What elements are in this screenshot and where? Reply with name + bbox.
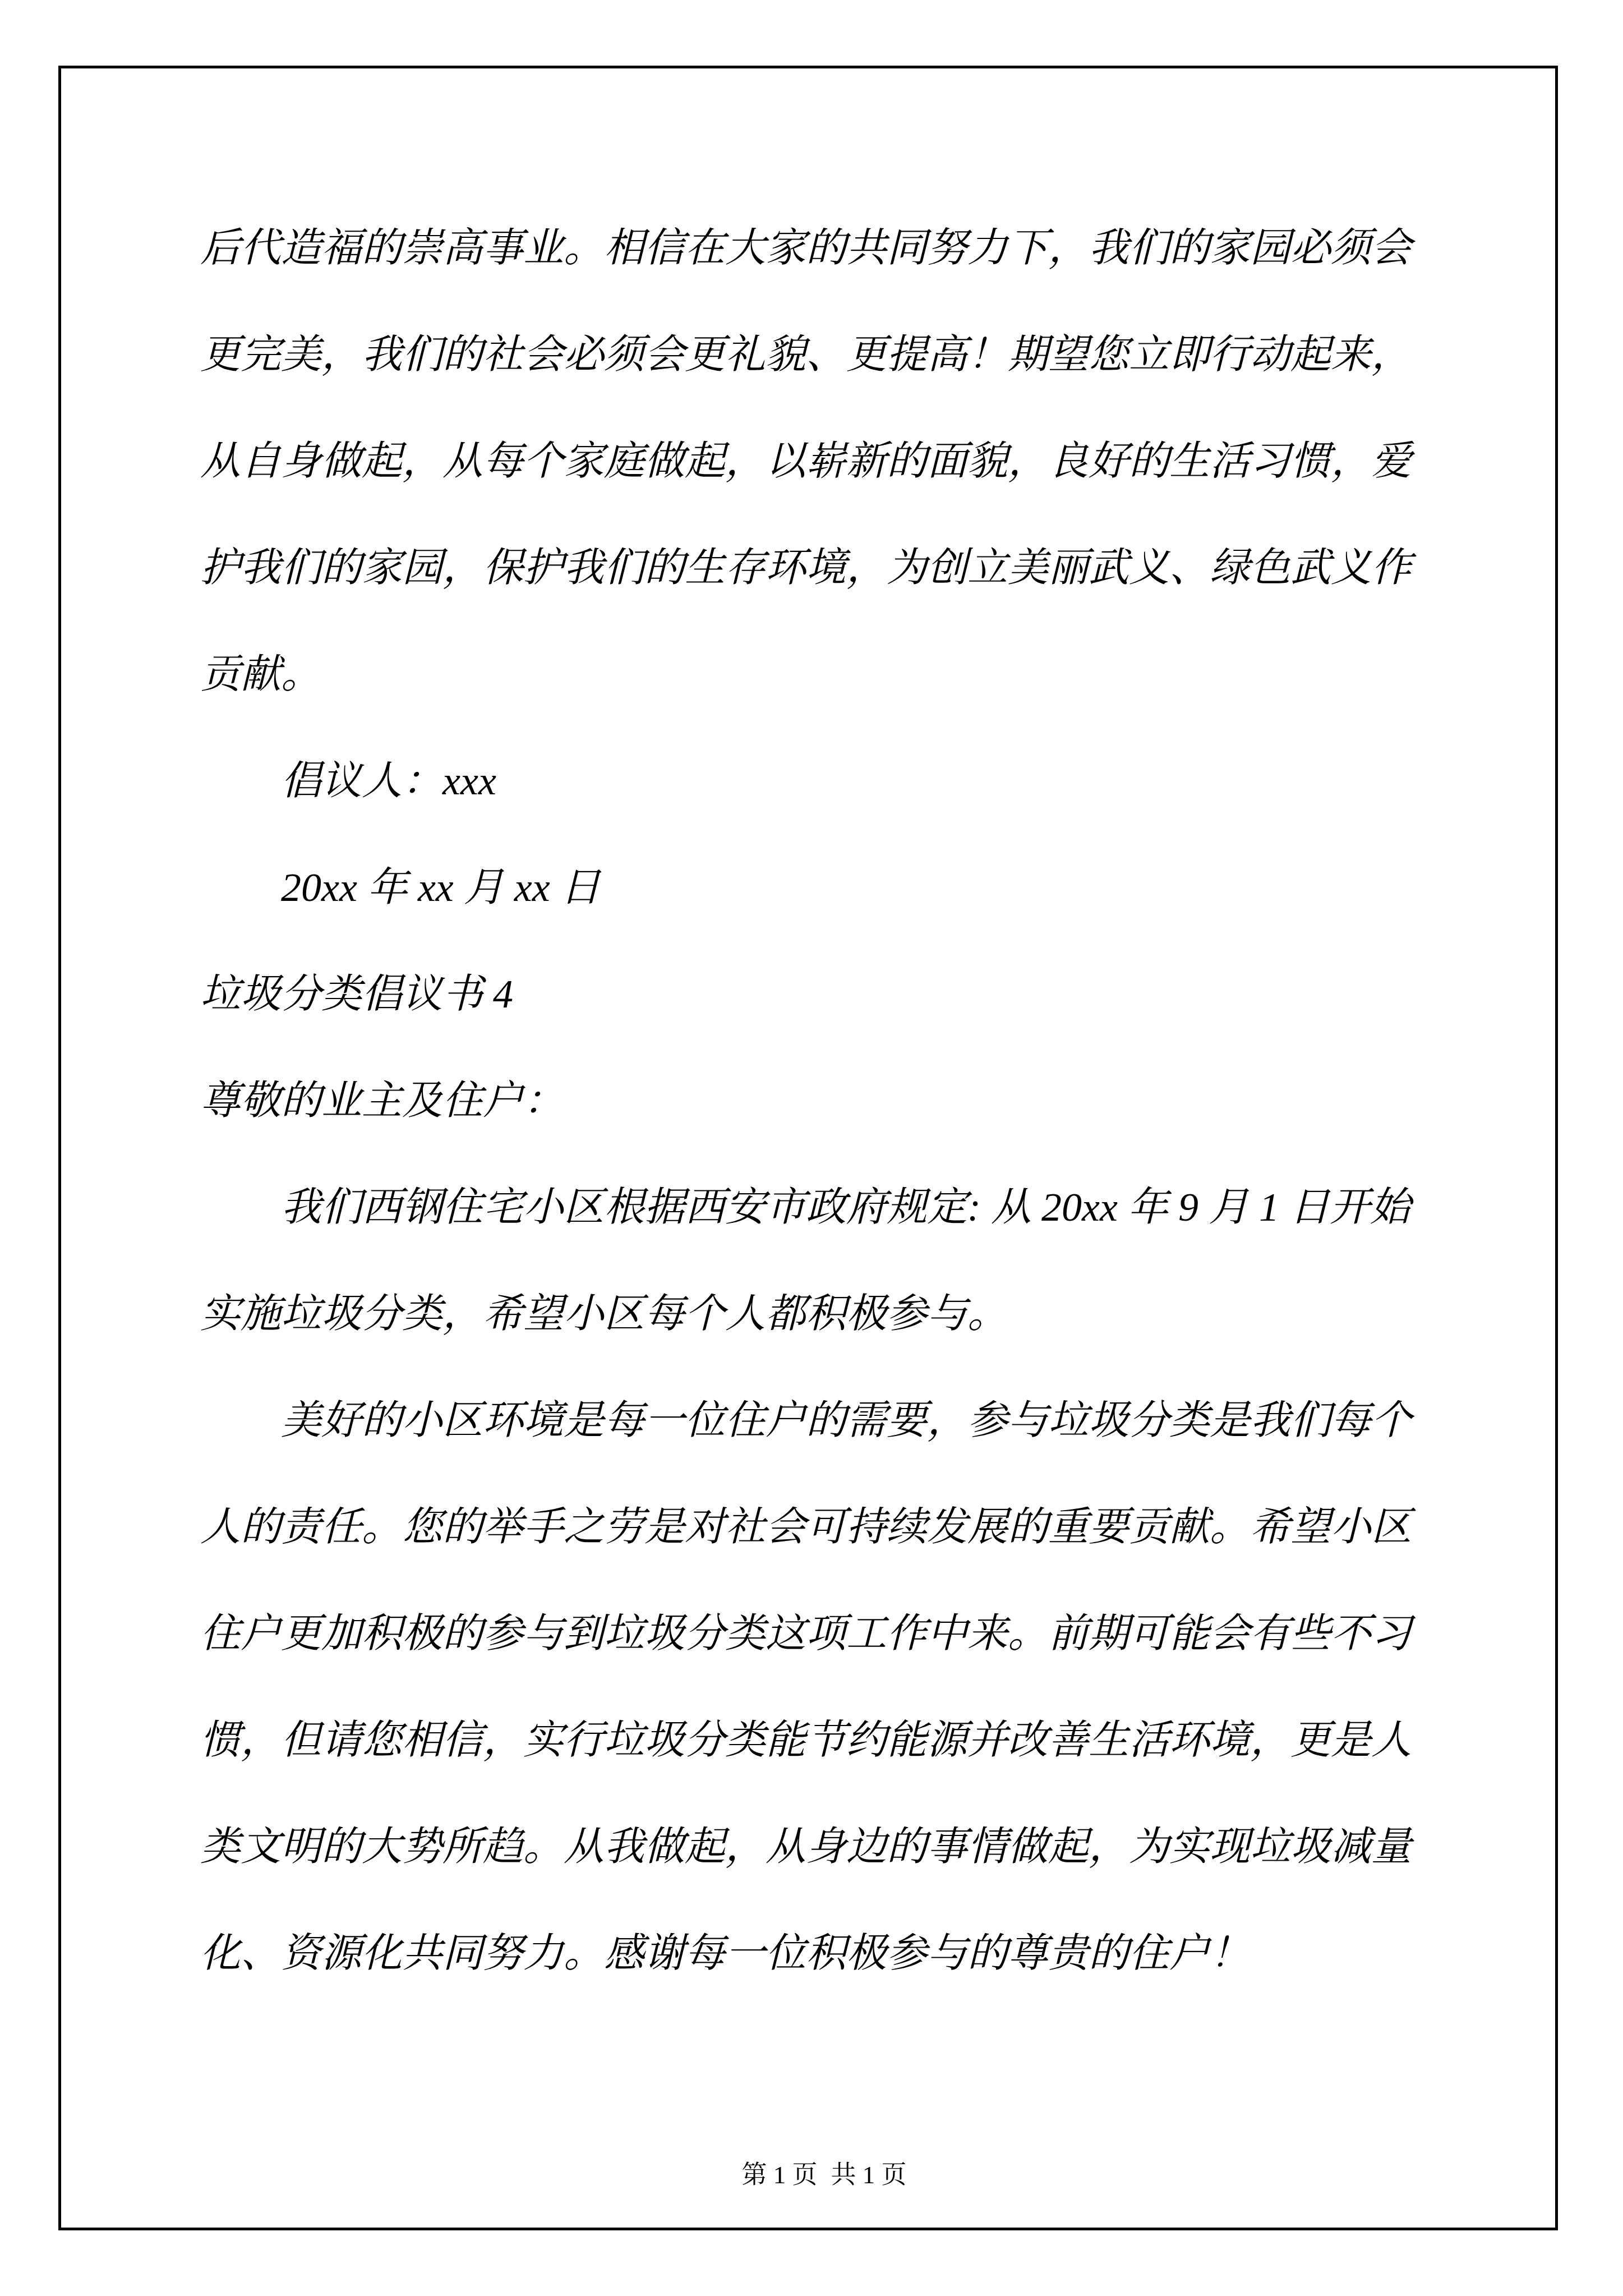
paragraph-line: 实施垃圾分类，希望小区每个人都积极参与。 — [200, 1260, 1423, 1367]
proposer-line: 倡议人：xxx — [200, 728, 1423, 834]
date-line: 20xx 年 xx 月 xx 日 — [200, 834, 1423, 941]
document-page: 后代造福的崇高事业。相信在大家的共同努力下，我们的家园必须会 更完美，我们的社会… — [0, 0, 1623, 2296]
paragraph-line: 化、资源化共同努力。感谢每一位积极参与的尊贵的住户！ — [200, 1900, 1423, 2007]
section-heading: 垃圾分类倡议书 4 — [200, 941, 1423, 1047]
paragraph-line: 我们西钢住宅小区根据西安市政府规定: 从 20xx 年 9 月 1 日开始 — [200, 1154, 1423, 1260]
paragraph-line: 住户更加积极的参与到垃圾分类这项工作中来。前期可能会有些不习 — [200, 1580, 1423, 1687]
paragraph-line: 护我们的家园，保护我们的生存环境，为创立美丽武义、绿色武义作 — [200, 514, 1423, 621]
salutation-line: 尊敬的业主及住户： — [200, 1047, 1423, 1154]
paragraph-line: 人的责任。您的举手之劳是对社会可持续发展的重要贡献。希望小区 — [200, 1474, 1423, 1580]
paragraph-line: 更完美，我们的社会必须会更礼貌、更提高！期望您立即行动起来， — [200, 301, 1423, 408]
paragraph-line: 从自身做起，从每个家庭做起，以崭新的面貌，良好的生活习惯，爱 — [200, 408, 1423, 514]
paragraph-line: 美好的小区环境是每一位住户的需要，参与垃圾分类是我们每个 — [200, 1367, 1423, 1474]
page-footer: 第 1 页共 1 页 — [200, 2125, 1423, 2220]
page-number-label: 第 1 页 — [741, 2161, 817, 2189]
paragraph-line: 贡献。 — [200, 621, 1423, 728]
document-text: 后代造福的崇高事业。相信在大家的共同努力下，我们的家园必须会 更完美，我们的社会… — [200, 195, 1423, 2007]
paragraph-line: 类文明的大势所趋。从我做起，从身边的事情做起，为实现垃圾减量 — [200, 1793, 1423, 1900]
page-total-label: 共 1 页 — [831, 2161, 907, 2189]
paragraph-line: 后代造福的崇高事业。相信在大家的共同努力下，我们的家园必须会 — [200, 195, 1423, 301]
paragraph-line: 惯，但请您相信，实行垃圾分类能节约能源并改善生活环境，更是人 — [200, 1687, 1423, 1793]
